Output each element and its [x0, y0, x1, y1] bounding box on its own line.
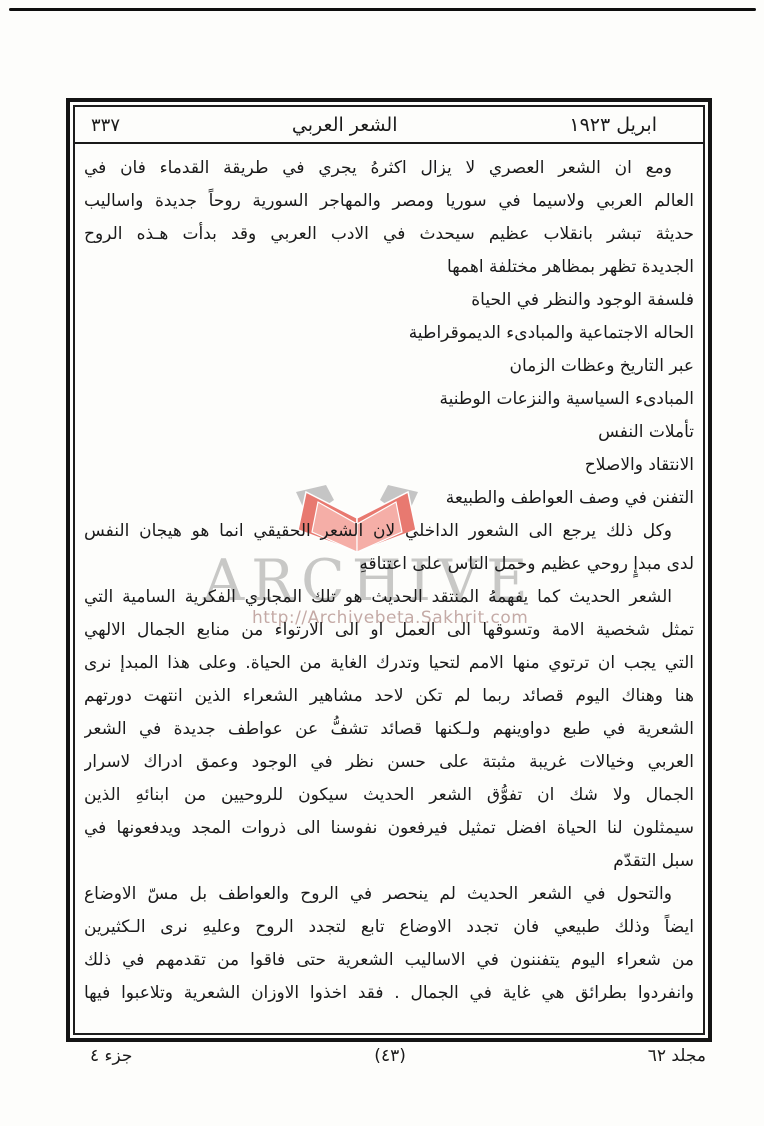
page-header: ابريل ١٩٢٣ الشعر العربي ٣٣٧ [75, 107, 703, 139]
page-number-top: ٣٣٧ [91, 115, 120, 136]
list-item: الحاله الاجتماعية والمبادىء الديموقراطية [84, 317, 694, 350]
text-line: سيمثلون لنا الحياة افضل تمثيل فيرفعون نف… [84, 812, 694, 845]
text-line: العالم العربي ولاسيما في سوريا ومصر والم… [84, 185, 694, 218]
text-line: الشعرية في طبع دواوينهم ولـكنها قصائد تش… [84, 713, 694, 746]
text-line: وكل ذلك يرجع الى الشعور الداخلي لان الشع… [84, 515, 694, 548]
scan-edge-line [9, 8, 756, 11]
article-body: ومع ان الشعر العصري لا يزال اكثرهُ يجري … [75, 144, 703, 1010]
page-title: الشعر العربي [120, 114, 569, 136]
text-line: الجديدة تظهر بمظاهر مختلفة اهمها [84, 251, 694, 284]
text-line: وانفردوا بطرائق هي غاية في الجمال . فقد … [84, 977, 694, 1010]
text-line: تمثل شخصية الامة وتسوقها الى العمل او ال… [84, 614, 694, 647]
list-item: المبادىء السياسية والنزعات الوطنية [84, 383, 694, 416]
text-line: العربي وخيالات غريبة مثبتة على حسن نظر ف… [84, 746, 694, 779]
list-item: التفنن في وصف العواطف والطبيعة [84, 482, 694, 515]
text-line: الشعر الحديث كما يفهمهُ المنتقد الحديث ه… [84, 581, 694, 614]
text-line: ومع ان الشعر العصري لا يزال اكثرهُ يجري … [84, 152, 694, 185]
text-line: والتحول في الشعر الحديث لم ينحصر في الرو… [84, 878, 694, 911]
footer-page-number: (٤٣) [374, 1046, 406, 1066]
text-line: الجمال ولا شك ان تفوُّق الشعر الحديث سيك… [84, 779, 694, 812]
list-item: فلسفة الوجود والنظر في الحياة [84, 284, 694, 317]
page-frame: ابريل ١٩٢٣ الشعر العربي ٣٣٧ ومع ان الشعر… [66, 98, 712, 1042]
text-line: سبل التقدّم [84, 845, 694, 878]
list-item: عبر التاريخ وعظات الزمان [84, 350, 694, 383]
scanned-journal-page: { "header": { "date": "ابريل ١٩٢٣", "tit… [0, 0, 764, 1126]
list-item: تأملات النفس [84, 416, 694, 449]
text-line: حديثة تبشر بانقلاب عظيم سيحدث في الادب ا… [84, 218, 694, 251]
page-frame-inner: ابريل ١٩٢٣ الشعر العربي ٣٣٧ ومع ان الشعر… [73, 105, 705, 1035]
text-line: من شعراء اليوم يتفننون في الاساليب الشعر… [84, 944, 694, 977]
text-line: لدى مبدإٍ روحي عظيم وحمل الناس على اعتنا… [84, 548, 694, 581]
list-item: الانتقاد والاصلاح [84, 449, 694, 482]
text-line: ايضاً وذلك طبيعي فان تجدد الاوضاع تابع ل… [84, 911, 694, 944]
text-line: التي يجب ان ترتوي منها الامم لتحيا وتدرك… [84, 647, 694, 680]
issue-date: ابريل ١٩٢٣ [569, 114, 657, 136]
footer-part: جزء ٤ [90, 1046, 132, 1066]
page-footer: مجلد ٦٢ (٤٣) جزء ٤ [66, 1046, 712, 1066]
text-line: هنا وهناك اليوم قصائد ربما لم تكن لاحد م… [84, 680, 694, 713]
footer-volume: مجلد ٦٢ [648, 1046, 706, 1066]
